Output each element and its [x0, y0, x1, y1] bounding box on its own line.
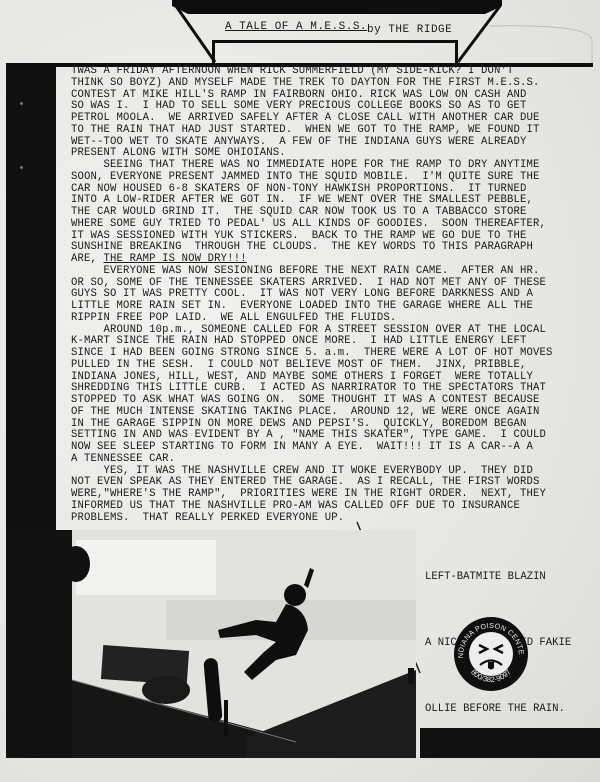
title-ledge: [213, 40, 457, 43]
byline: by THE RIDGE: [367, 24, 452, 36]
text-line: TO THE RAIN THAT HAD JUST STARTED. WHEN …: [71, 125, 596, 137]
text-line: SINCE I HAD BEEN GOING STRONG SINCE 5. a…: [71, 348, 596, 360]
text-line: SEEING THAT THERE WAS NO IMMEDIATE HOPE …: [71, 160, 596, 172]
text-line: THINK SO BOYZ) AND MYSELF MADE THE TREK …: [71, 78, 596, 90]
text-line: EVERYONE WAS NOW SESIONING BEFORE THE NE…: [71, 266, 596, 278]
text-line: LITTLE MORE RAIN SET IN. EVERYONE LOADED…: [71, 301, 596, 313]
text-line: NOW SEE SLEEP STARTING TO FORM IN MANY A…: [71, 442, 596, 454]
text-line: THE CAR WOULD GRIND IT. THE SQUID CAR NO…: [71, 207, 596, 219]
title-text: A TALE OF A M.E.S.S.: [225, 21, 367, 33]
skateboarder-silhouette-photo: [6, 530, 416, 758]
title-ledge-right: [455, 40, 458, 64]
text-line: A TENNESSEE CAR.: [71, 454, 596, 466]
text-line: STOPPED TO ASK WHAT WAS GOING ON. SOME T…: [71, 395, 596, 407]
mr-yuk-icon: INDIANA POISON CENTER 800/382-9097: [449, 612, 533, 696]
text-line: TWAS A FRIDAY AFTERNOON WHEN RICK SUMMER…: [71, 66, 596, 78]
article-title: A TALE OF A M.E.S.S.by THE RIDGE: [225, 21, 452, 33]
text-line: WHERE SOME GUY TRIED TO PEDAL' US ALL KI…: [71, 219, 596, 231]
key-words-emphasis: THE RAMP IS NOW DRY!!!: [104, 253, 247, 265]
text-line: WERE,"WHERE'S THE RAMP", PRIORITIES WERE…: [71, 489, 596, 501]
article-body: TWAS A FRIDAY AFTERNOON WHEN RICK SUMMER…: [71, 66, 596, 524]
text-line: INFORMED US THAT THE NASHVILLE PRO-AM WA…: [71, 501, 596, 513]
text-line: PULLED IN THE SESH. I COULD NOT BELIEVE …: [71, 360, 596, 372]
text-line: PETROL MOOLA. WE ARRIVED SAFELY AFTER A …: [71, 113, 596, 125]
title-ledge-left: [212, 40, 215, 64]
caption-line: LEFT-BATMITE BLAZIN: [425, 566, 571, 588]
text-line: SOON, EVERYONE PRESENT JAMMED INTO THE S…: [71, 172, 596, 184]
caption-line: OLLIE BEFORE THE RAIN.: [425, 698, 571, 720]
text-line: RIPPIN FREE POP LAID. WE ALL ENGULFED TH…: [71, 313, 596, 325]
bottom-dark-strip: [420, 728, 600, 758]
text-line: OF THE MUCH INTENSE SKATING TAKING PLACE…: [71, 407, 596, 419]
key-words-line: ARE, THE RAMP IS NOW DRY!!!: [71, 254, 596, 266]
